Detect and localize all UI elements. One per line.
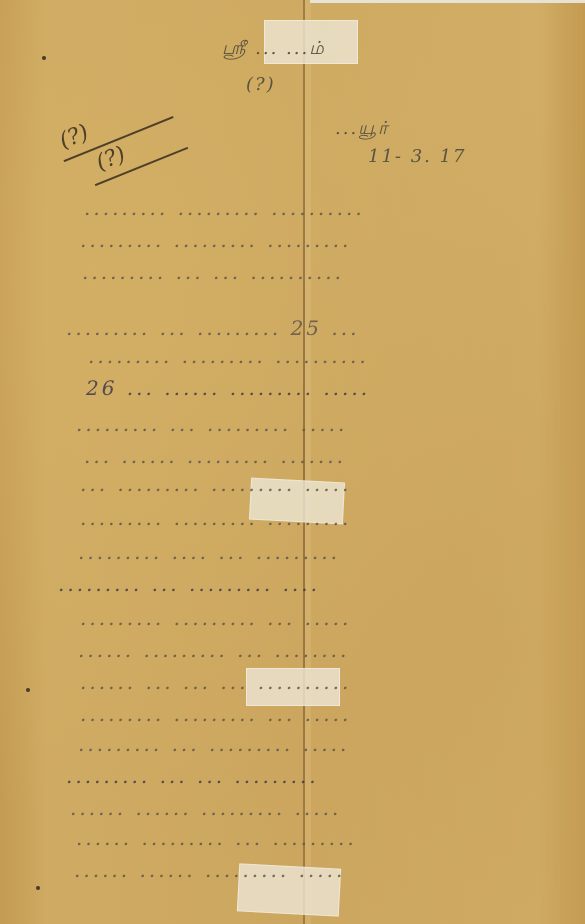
body-line: ......... ... ......... 25 ...	[66, 316, 359, 340]
letter-date: 11- 3. 17	[368, 146, 467, 167]
margin-note: (?) (?)	[46, 71, 191, 199]
body-line: ...... ...... ......... .....	[70, 796, 341, 820]
body-line: ......... ... ......... .....	[76, 412, 347, 436]
body-line: ......... ......... .........	[80, 506, 351, 530]
body-line: ......... ......... ..........	[84, 196, 365, 220]
body-line: ......... ......... ..........	[88, 344, 369, 368]
body-line: 26 ... ...... ......... .....	[86, 376, 370, 400]
body-line: ......... ......... ... .....	[80, 702, 351, 726]
body-line: ......... ... ......... ....	[58, 572, 320, 596]
margin-note-line1: (?)	[56, 120, 92, 154]
body-line: ... ......... ......... .....	[80, 472, 351, 496]
body-line: ...... ...... ......... .....	[74, 858, 345, 882]
body-line: ......... ......... .........	[80, 228, 351, 252]
body-line: ...... ... ... ... ..........	[80, 670, 351, 694]
letter-page: ஸ்ரீ ... ...ம் (?) ...யூர் 11- 3. 17 (?)…	[0, 0, 585, 924]
body-line: ......... .... ... .........	[78, 540, 340, 564]
body-line: ... ...... ......... .......	[84, 444, 346, 468]
place-line: (?)	[246, 74, 276, 95]
ink-dot	[26, 688, 30, 692]
body-line: ......... ......... ... .....	[80, 606, 351, 630]
ink-dot	[36, 886, 40, 890]
body-line: ......... ... ......... .....	[78, 732, 349, 756]
body-line: ......... ... ... ..........	[82, 260, 344, 284]
body-line: ...... ......... ... ........	[78, 638, 349, 662]
location-line: ...யூர்	[335, 118, 389, 141]
body-line: ...... ......... ... .........	[76, 826, 357, 850]
scan-edge	[310, 0, 585, 3]
body-line: ......... ... ... .........	[66, 764, 319, 788]
salutation-heading: ஸ்ரீ ... ...ம்	[222, 38, 326, 61]
ink-dot	[42, 56, 46, 60]
